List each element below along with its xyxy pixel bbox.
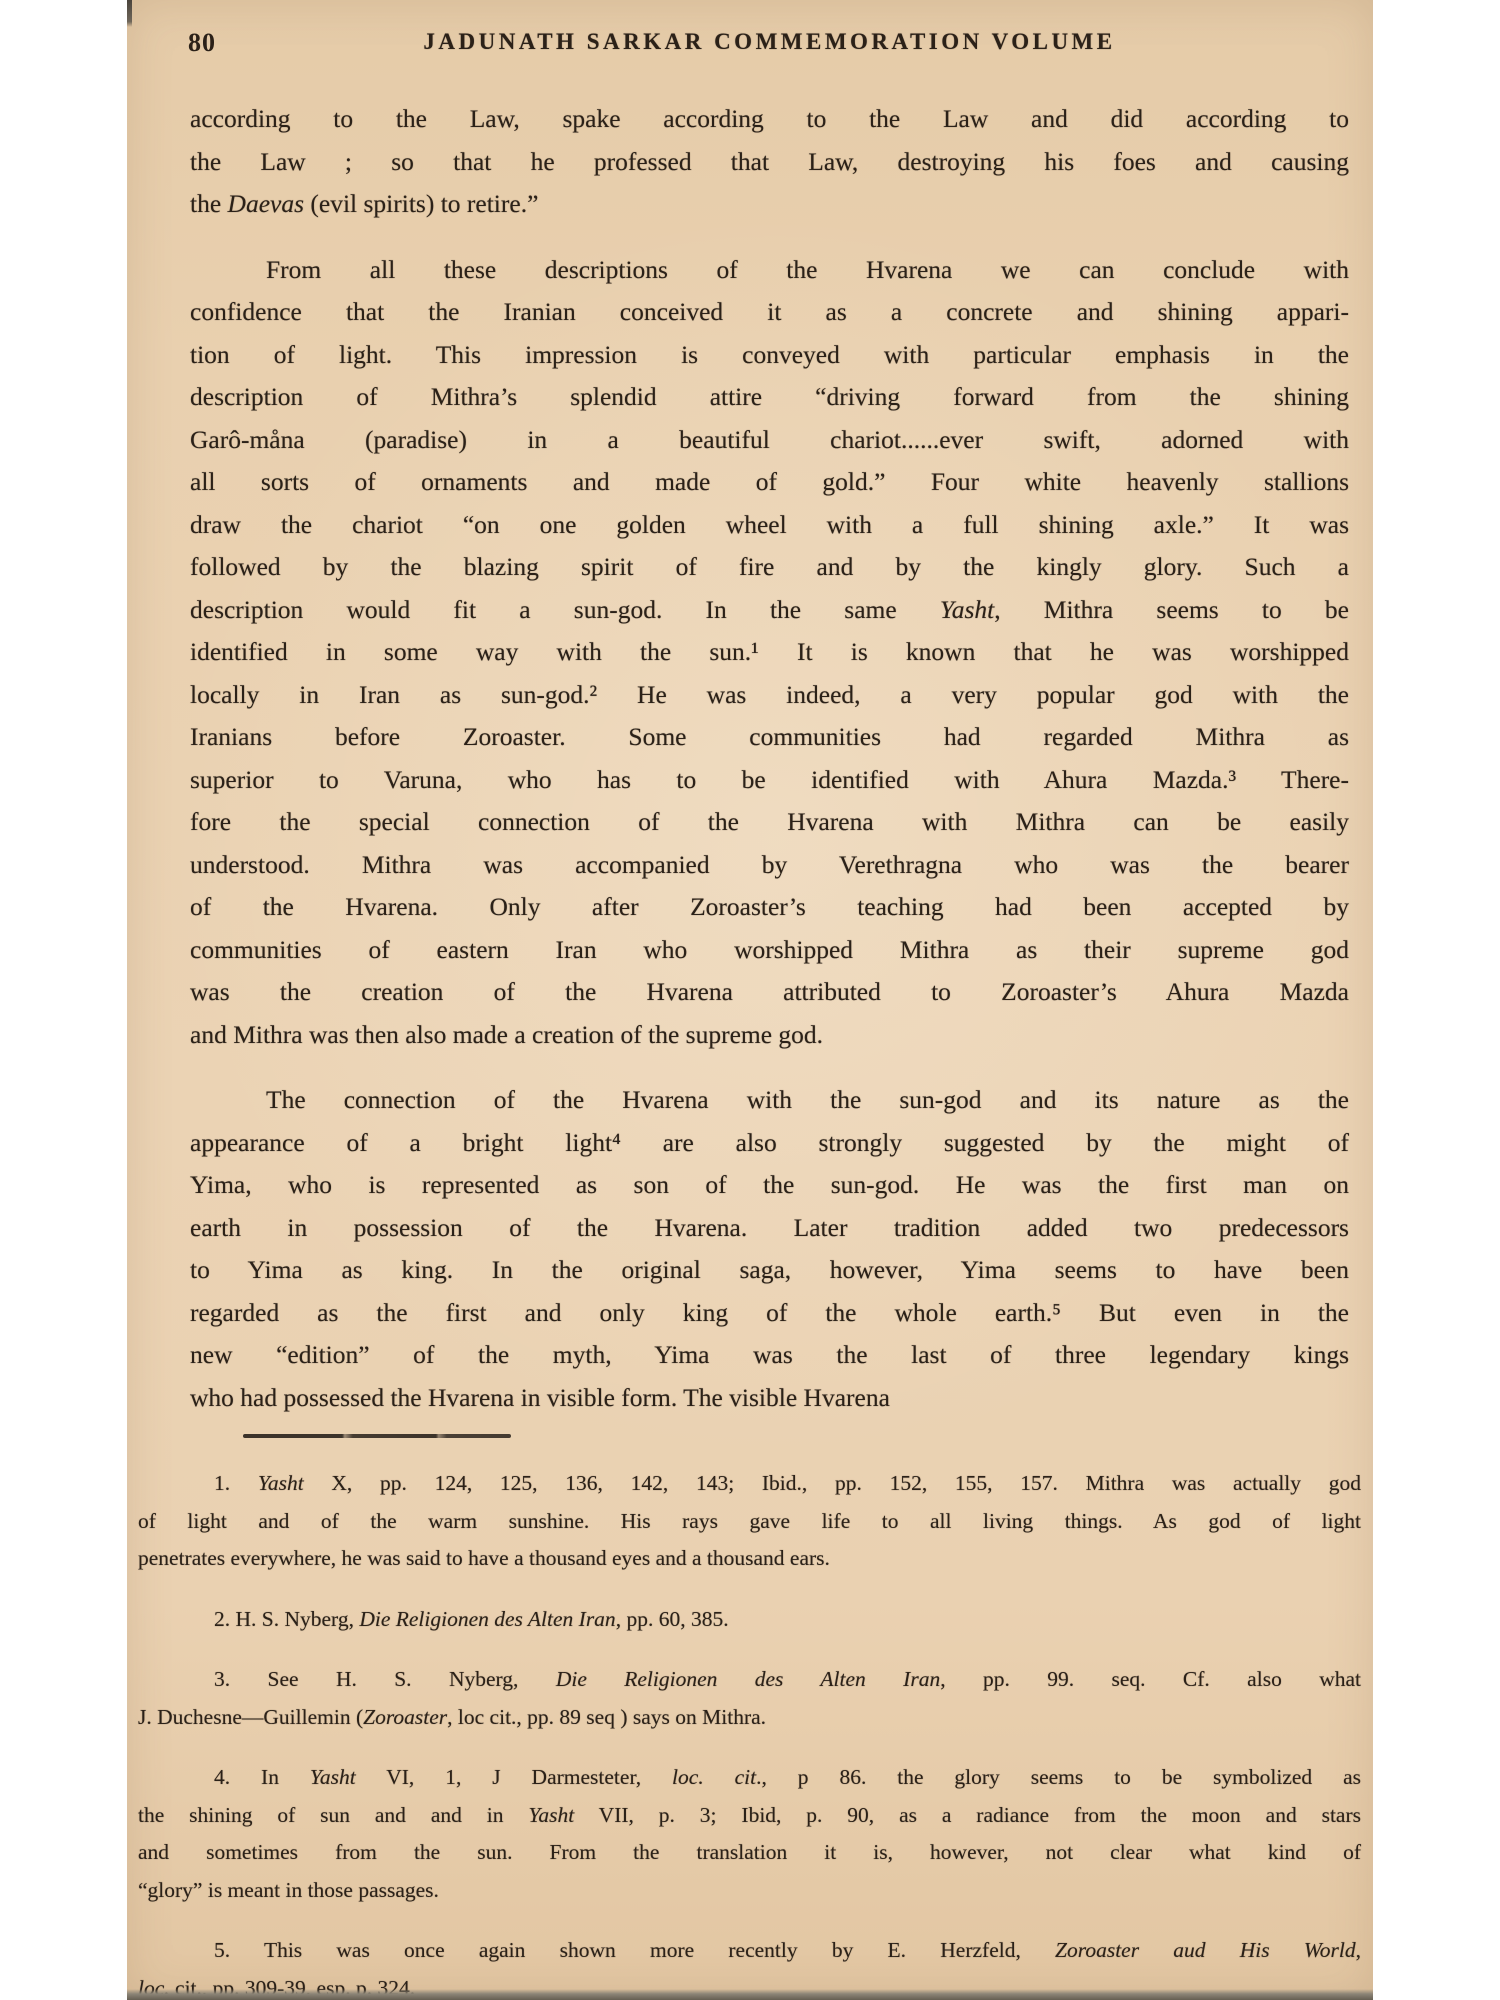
text-line: understood. Mithra was accompanied by Ve…	[190, 844, 1349, 887]
footnotes: 1. Yasht X, pp. 124, 125, 136, 142, 143;…	[138, 1465, 1361, 2000]
text-line: appearance of a bright light⁴ are also s…	[190, 1122, 1349, 1165]
text-line: draw the chariot “on one golden wheel wi…	[190, 504, 1349, 547]
screenshot-root: { "page": { "number": "80", "header_titl…	[0, 0, 1500, 2000]
paragraph: The connection of the Hvarena with the s…	[190, 1079, 1349, 1419]
text-line: 3. See H. S. Nyberg, Die Religionen des …	[138, 1661, 1361, 1699]
text-line: and Mithra was then also made a creation…	[190, 1014, 1349, 1057]
text-line: was the creation of the Hvarena attribut…	[190, 971, 1349, 1014]
text-line: who had possessed the Hvarena in visible…	[190, 1377, 1349, 1420]
paragraph: according to the Law, spake according to…	[190, 98, 1349, 226]
text-line: Yima, who is represented as son of the s…	[190, 1164, 1349, 1207]
page-header: 80 JADUNATH SARKAR COMMEMORATION VOLUME	[190, 26, 1349, 58]
paragraph: From all these descriptions of the Hvare…	[190, 249, 1349, 1057]
text-line: 4. In Yasht VI, 1, J Darmesteter, loc. c…	[138, 1759, 1361, 1797]
text-line: The connection of the Hvarena with the s…	[190, 1079, 1349, 1122]
text-line: tion of light. This impression is convey…	[190, 334, 1349, 377]
footnote: 1. Yasht X, pp. 124, 125, 136, 142, 143;…	[138, 1465, 1361, 1578]
text-line: fore the special connection of the Hvare…	[190, 801, 1349, 844]
footnote: 2. H. S. Nyberg, Die Religionen des Alte…	[138, 1601, 1361, 1639]
text-line: Garô-måna (paradise) in a beautiful char…	[190, 419, 1349, 462]
text-line: 2. H. S. Nyberg, Die Religionen des Alte…	[138, 1601, 1361, 1639]
text-line: and sometimes from the sun. From the tra…	[138, 1834, 1361, 1872]
text-line: identified in some way with the sun.¹ It…	[190, 631, 1349, 674]
text-line: description of Mithra’s splendid attire …	[190, 376, 1349, 419]
text-line: earth in possession of the Hvarena. Late…	[190, 1207, 1349, 1250]
scan-edge-artifact	[127, 0, 132, 27]
text-line: From all these descriptions of the Hvare…	[190, 249, 1349, 292]
text-line: description would fit a sun-god. In the …	[190, 589, 1349, 632]
text-line: communities of eastern Iran who worshipp…	[190, 929, 1349, 972]
text-line: according to the Law, spake according to…	[190, 98, 1349, 141]
text-line: new “edition” of the myth, Yima was the …	[190, 1334, 1349, 1377]
text-line: the Law ; so that he professed that Law,…	[190, 141, 1349, 184]
text-line: Iranians before Zoroaster. Some communit…	[190, 716, 1349, 759]
text-line: “glory” is meant in those passages.	[138, 1872, 1361, 1910]
text-line: to Yima as king. In the original saga, h…	[190, 1249, 1349, 1292]
text-line: all sorts of ornaments and made of gold.…	[190, 461, 1349, 504]
page-number: 80	[188, 28, 216, 58]
text-line: regarded as the first and only king of t…	[190, 1292, 1349, 1335]
body-text: according to the Law, spake according to…	[190, 98, 1349, 1419]
footnote: 3. See H. S. Nyberg, Die Religionen des …	[138, 1661, 1361, 1736]
text-line: of light and of the warm sunshine. His r…	[138, 1503, 1361, 1541]
running-title: JADUNATH SARKAR COMMEMORATION VOLUME	[190, 26, 1349, 55]
text-line: superior to Varuna, who has to be identi…	[190, 759, 1349, 802]
text-line: 1. Yasht X, pp. 124, 125, 136, 142, 143;…	[138, 1465, 1361, 1503]
text-line: the Daevas (evil spirits) to retire.”	[190, 183, 1349, 226]
text-line: penetrates everywhere, he was said to ha…	[138, 1540, 1361, 1578]
text-line: confidence that the Iranian conceived it…	[190, 291, 1349, 334]
page-content: 80 JADUNATH SARKAR COMMEMORATION VOLUME …	[127, 0, 1373, 2000]
text-line: 5. This was once again shown more recent…	[138, 1932, 1361, 1970]
footnote: 4. In Yasht VI, 1, J Darmesteter, loc. c…	[138, 1759, 1361, 1909]
text-line: the shining of sun and and in Yasht VII,…	[138, 1797, 1361, 1835]
text-line: J. Duchesne—Guillemin (Zoroaster, loc ci…	[138, 1699, 1361, 1737]
text-line: locally in Iran as sun-god.² He was inde…	[190, 674, 1349, 717]
text-line: followed by the blazing spirit of fire a…	[190, 546, 1349, 589]
scanned-page: 80 JADUNATH SARKAR COMMEMORATION VOLUME …	[127, 0, 1373, 2000]
scan-edge-bottom	[127, 1989, 1373, 2000]
text-line: of the Hvarena. Only after Zoroaster’s t…	[190, 886, 1349, 929]
footnote-rule	[243, 1434, 511, 1438]
